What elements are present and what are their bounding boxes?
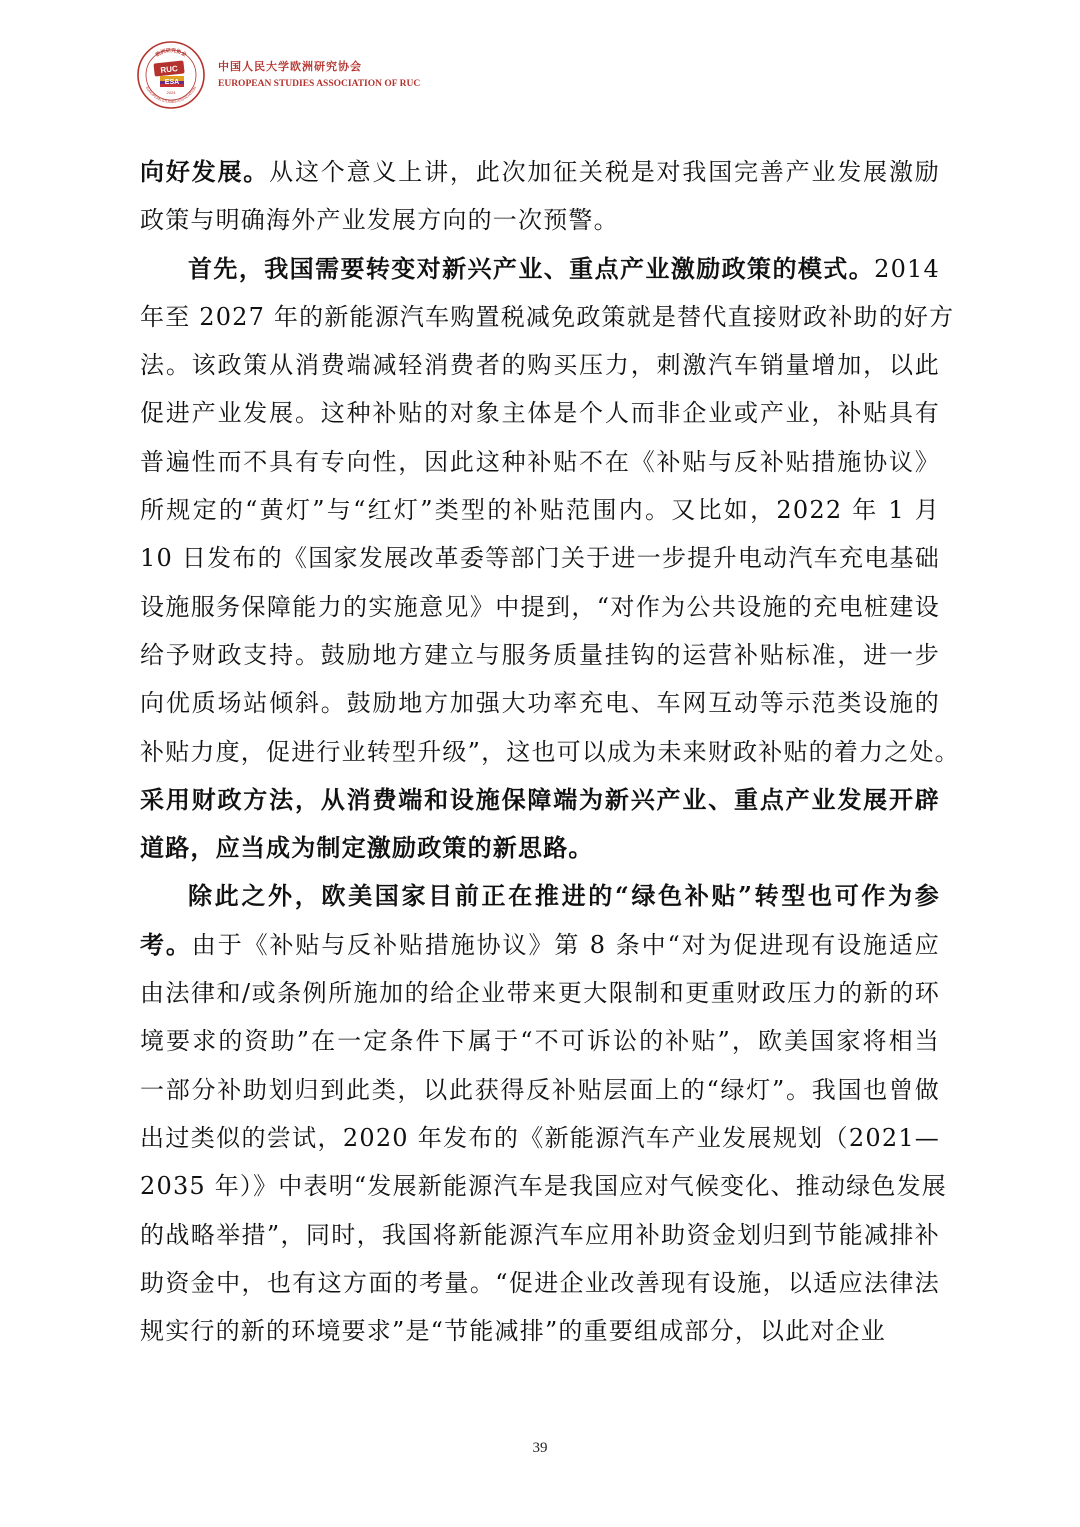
text-line: 2035 年）》中表明“发展新能源汽车是我国应对气候变化、推动绿色发展 [140, 1162, 940, 1210]
text-run: 出过类似的尝试，2020 年发布的《新能源汽车产业发展规划（2021— [140, 1124, 940, 1152]
page-header: RUC ESA 2024 欧洲研究协会 EUROPEAN STUDIES ASS… [136, 40, 420, 110]
text-run: 由于《补贴与反补贴措施协议》第 8 条中“对为促进现有设施适应 [192, 931, 940, 959]
text-run: 促进产业发展。这种补贴的对象主体是个人而非企业或产业，补贴具有 [140, 399, 940, 427]
paragraph: 首先，我国需要转变对新兴产业、重点产业激励政策的模式。2014年至 2027 年… [140, 245, 940, 873]
bold-text: 向好发展。 [140, 157, 269, 186]
text-line: 出过类似的尝试，2020 年发布的《新能源汽车产业发展规划（2021— [140, 1114, 940, 1162]
text-run: 助资金中，也有这方面的考量。“促进企业改善现有设施，以适应法律法 [140, 1269, 940, 1297]
organization-name: 中国人民大学欧洲研究协会 EUROPEAN STUDIES ASSOCIATIO… [218, 59, 420, 91]
text-run: 年至 2027 年的新能源汽车购置税减免政策就是替代直接财政补助的好方 [140, 303, 954, 331]
page-number: 39 [0, 1440, 1080, 1457]
document-body: 向好发展。从这个意义上讲，此次加征关税是对我国完善产业发展激励政策与明确海外产业… [140, 148, 940, 1355]
text-line: 促进产业发展。这种补贴的对象主体是个人而非企业或产业，补贴具有 [140, 389, 940, 437]
bold-text: 采用财政方法，从消费端和设施保障端为新兴产业、重点产业发展开辟 [140, 785, 940, 814]
logo-emblem: RUC ESA 2024 欧洲研究协会 EUROPEAN STUDIES ASS… [136, 40, 206, 110]
bold-text: 道路，应当成为制定激励政策的新思路。 [140, 833, 594, 862]
text-line: 向好发展。从这个意义上讲，此次加征关税是对我国完善产业发展激励 [140, 148, 940, 196]
svg-text:2024: 2024 [167, 90, 177, 95]
text-line: 政策与明确海外产业发展方向的一次预警。 [140, 196, 940, 244]
text-line: 法。该政策从消费端减轻消费者的购买压力，刺激汽车销量增加，以此 [140, 341, 940, 389]
text-run: 2014 [874, 255, 940, 283]
text-run: 所规定的“黄灯”与“红灯”类型的补贴范围内。又比如，2022 年 1 月 [140, 496, 940, 524]
text-line: 普遍性而不具有专向性，因此这种补贴不在《补贴与反补贴措施协议》 [140, 438, 940, 486]
bold-text: 除此之外，欧美国家目前正在推进的“绿色补贴”转型也可作为参 [188, 881, 940, 910]
svg-text:欧洲研究协会: 欧洲研究协会 [154, 47, 187, 58]
text-run: 一部分补助划归到此类，以此获得反补贴层面上的“绿灯”。我国也曾做 [140, 1076, 940, 1104]
text-run: 设施服务保障能力的实施意见》中提到，“对作为公共设施的充电桩建设 [140, 593, 940, 621]
bold-text: 首先，我国需要转变对新兴产业、重点产业激励政策的模式。 [188, 254, 874, 283]
text-run: 普遍性而不具有专向性，因此这种补贴不在《补贴与反补贴措施协议》 [140, 448, 940, 476]
text-run: 的战略举措”，同时，我国将新能源汽车应用补助资金划归到节能减排补 [140, 1221, 940, 1249]
text-line: 考。由于《补贴与反补贴措施协议》第 8 条中“对为促进现有设施适应 [140, 921, 940, 969]
text-line: 由法律和/或条例所施加的给企业带来更大限制和更重财政压力的新的环 [140, 969, 940, 1017]
text-line: 向优质场站倾斜。鼓励地方加强大功率充电、车网互动等示范类设施的 [140, 679, 940, 727]
text-run: 由法律和/或条例所施加的给企业带来更大限制和更重财政压力的新的环 [140, 979, 940, 1007]
text-line: 设施服务保障能力的实施意见》中提到，“对作为公共设施的充电桩建设 [140, 583, 940, 631]
text-line: 道路，应当成为制定激励政策的新思路。 [140, 824, 940, 872]
org-name-en: EUROPEAN STUDIES ASSOCIATION OF RUC [218, 77, 420, 91]
text-run: 补贴力度，促进行业转型升级”，这也可以成为未来财政补贴的着力之处。 [140, 738, 960, 766]
text-run: 给予财政支持。鼓励地方建立与服务质量挂钩的运营补贴标准，进一步 [140, 641, 940, 669]
text-run: 从这个意义上讲，此次加征关税是对我国完善产业发展激励 [269, 158, 940, 186]
text-line: 首先，我国需要转变对新兴产业、重点产业激励政策的模式。2014 [140, 245, 940, 293]
text-run: 政策与明确海外产业发展方向的一次预警。 [140, 206, 619, 234]
text-line: 补贴力度，促进行业转型升级”，这也可以成为未来财政补贴的着力之处。 [140, 728, 940, 776]
text-line: 除此之外，欧美国家目前正在推进的“绿色补贴”转型也可作为参 [140, 872, 940, 920]
text-line: 一部分补助划归到此类，以此获得反补贴层面上的“绿灯”。我国也曾做 [140, 1066, 940, 1114]
text-line: 助资金中，也有这方面的考量。“促进企业改善现有设施，以适应法律法 [140, 1259, 940, 1307]
svg-text:ESA: ESA [165, 79, 179, 86]
text-line: 年至 2027 年的新能源汽车购置税减免政策就是替代直接财政补助的好方 [140, 293, 940, 341]
text-run: 规实行的新的环境要求”是“节能减排”的重要组成部分，以此对企业 [140, 1317, 886, 1345]
text-line: 10 日发布的《国家发展改革委等部门关于进一步提升电动汽车充电基础 [140, 534, 940, 582]
text-line: 给予财政支持。鼓励地方建立与服务质量挂钩的运营补贴标准，进一步 [140, 631, 940, 679]
text-run: 境要求的资助”在一定条件下属于“不可诉讼的补贴”，欧美国家将相当 [140, 1027, 940, 1055]
text-line: 境要求的资助”在一定条件下属于“不可诉讼的补贴”，欧美国家将相当 [140, 1017, 940, 1065]
text-line: 的战略举措”，同时，我国将新能源汽车应用补助资金划归到节能减排补 [140, 1211, 940, 1259]
svg-text:RUC: RUC [160, 64, 178, 75]
org-name-cn: 中国人民大学欧洲研究协会 [218, 59, 420, 75]
text-run: 10 日发布的《国家发展改革委等部门关于进一步提升电动汽车充电基础 [140, 544, 940, 572]
bold-text: 考。 [140, 930, 192, 959]
text-line: 采用财政方法，从消费端和设施保障端为新兴产业、重点产业发展开辟 [140, 776, 940, 824]
ruc-esa-logo-icon: RUC ESA 2024 欧洲研究协会 EUROPEAN STUDIES ASS… [136, 40, 206, 110]
paragraph: 除此之外，欧美国家目前正在推进的“绿色补贴”转型也可作为参考。由于《补贴与反补贴… [140, 872, 940, 1355]
text-run: 法。该政策从消费端减轻消费者的购买压力，刺激汽车销量增加，以此 [140, 351, 940, 379]
text-line: 规实行的新的环境要求”是“节能减排”的重要组成部分，以此对企业 [140, 1307, 940, 1355]
text-line: 所规定的“黄灯”与“红灯”类型的补贴范围内。又比如，2022 年 1 月 [140, 486, 940, 534]
paragraph: 向好发展。从这个意义上讲，此次加征关税是对我国完善产业发展激励政策与明确海外产业… [140, 148, 940, 245]
text-run: 2035 年）》中表明“发展新能源汽车是我国应对气候变化、推动绿色发展 [140, 1172, 947, 1200]
text-run: 向优质场站倾斜。鼓励地方加强大功率充电、车网互动等示范类设施的 [140, 689, 940, 717]
